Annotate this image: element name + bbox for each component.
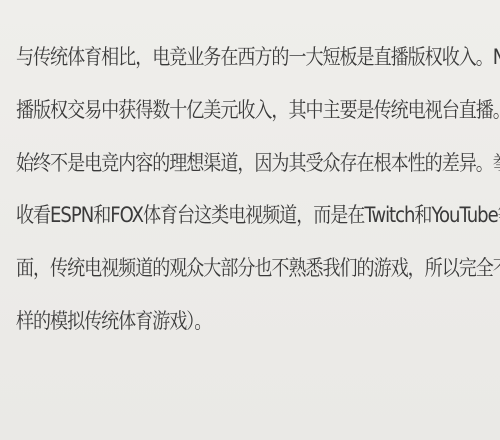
- text-line-4: 收看ESPN和FOX体育台这类电视频道，而是在Twitch和YouTube等平台…: [16, 203, 500, 227]
- page: 与传统体育相比，电竞业务在西方的一大短板是直播版权收入。NFL、FIFA、NBA…: [0, 0, 500, 440]
- text-line-6: 样的模拟传统体育游戏）。: [16, 309, 211, 333]
- text-line-3: 始终不是电竞内容的理想渠道，因为其受众存在根本性的差异。拳头游戏的大部分受众都不…: [16, 151, 500, 175]
- text-line-1: 与传统体育相比，电竞业务在西方的一大短板是直播版权收入。NFL、FIFA、NBA…: [16, 45, 500, 69]
- text-line-2: 播版权交易中获得数十亿美元收入，其中主要是传统电视台直播。但从过去到现在，电视直…: [16, 98, 500, 122]
- text-line-5: 面，传统电视频道的观众大部分也不熟悉我们的游戏，所以完全不了解电竞（除非是NBA…: [16, 256, 500, 280]
